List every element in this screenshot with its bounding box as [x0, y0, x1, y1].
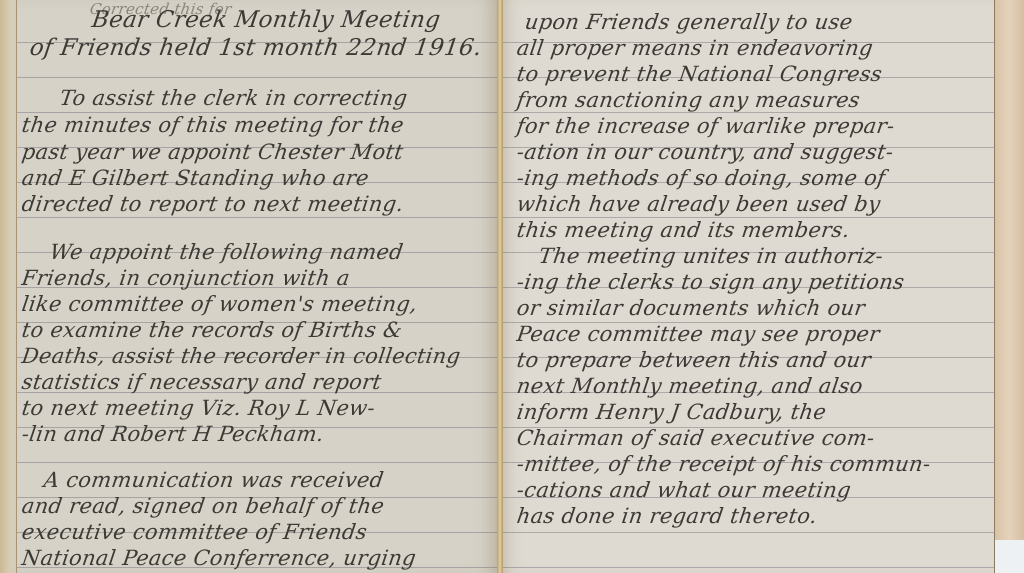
heading-line: Bear Creek Monthly Meeting — [90, 8, 442, 32]
text-line: We appoint the following named — [48, 240, 404, 264]
text-line: to prevent the National Congress — [515, 62, 883, 86]
text-line: A communication was received — [42, 468, 385, 492]
text-line: directed to report to next meeting. — [20, 192, 405, 216]
text-line: Deaths, assist the recorder in collectin… — [20, 344, 462, 368]
text-line: or similar documents which our — [515, 296, 866, 320]
text-line: upon Friends generally to use — [523, 10, 854, 34]
text-line: to prepare between this and our — [515, 348, 872, 372]
text-line: -ing the clerks to sign any petitions — [515, 270, 906, 294]
book-spread: Corrected this for Bear Creek Monthly Me… — [0, 0, 1024, 573]
text-line: the minutes of this meeting for the — [20, 113, 405, 137]
text-line: has done in regard thereto. — [515, 504, 818, 528]
left-page: Corrected this for Bear Creek Monthly Me… — [0, 0, 497, 573]
background-corner — [995, 540, 1024, 573]
text-line: like committee of women's meeting, — [20, 292, 419, 316]
text-line: -ing methods of so doing, some of — [515, 166, 887, 190]
heading-line: of Friends held 1st month 22nd 1916. — [28, 36, 483, 60]
text-line: National Peace Conferrence, urging — [20, 546, 417, 570]
text-line: Peace committee may see proper — [515, 322, 881, 346]
text-line: -mittee, of the receipt of his commun- — [515, 452, 932, 476]
text-line: executive committee of Friends — [20, 520, 368, 544]
text-line: -ation in our country, and suggest- — [515, 140, 895, 164]
text-line: to examine the records of Births & — [20, 318, 404, 342]
text-line: and E Gilbert Standing who are — [20, 166, 370, 190]
right-page: upon Friends generally to use all proper… — [503, 0, 995, 573]
text-line: statistics if necessary and report — [20, 370, 383, 394]
text-line: Friends, in conjunction with a — [20, 266, 351, 290]
text-line: The meeting unites in authoriz- — [537, 244, 884, 268]
text-line: past year we appoint Chester Mott — [20, 140, 405, 164]
right-page-edges — [995, 0, 1024, 540]
text-line: to next meeting Viz. Roy L New- — [20, 396, 376, 420]
text-line: Chairman of said executive com- — [515, 426, 876, 450]
text-line: -cations and what our meeting — [515, 478, 852, 502]
text-line: inform Henry J Cadbury, the — [515, 400, 828, 424]
text-line: next Monthly meeting, and also — [515, 374, 864, 398]
text-line: this meeting and its members. — [515, 218, 851, 242]
text-line: from sanctioning any measures — [515, 88, 861, 112]
left-page-edge — [0, 0, 17, 573]
text-line: all proper means in endeavoring — [515, 36, 874, 60]
text-line: for the increase of warlike prepar- — [515, 114, 896, 138]
text-line: -lin and Robert H Peckham. — [20, 422, 325, 446]
text-line: and read, signed on behalf of the — [20, 494, 386, 518]
text-line: which have already been used by — [515, 192, 882, 216]
text-line: To assist the clerk in correcting — [58, 86, 409, 110]
